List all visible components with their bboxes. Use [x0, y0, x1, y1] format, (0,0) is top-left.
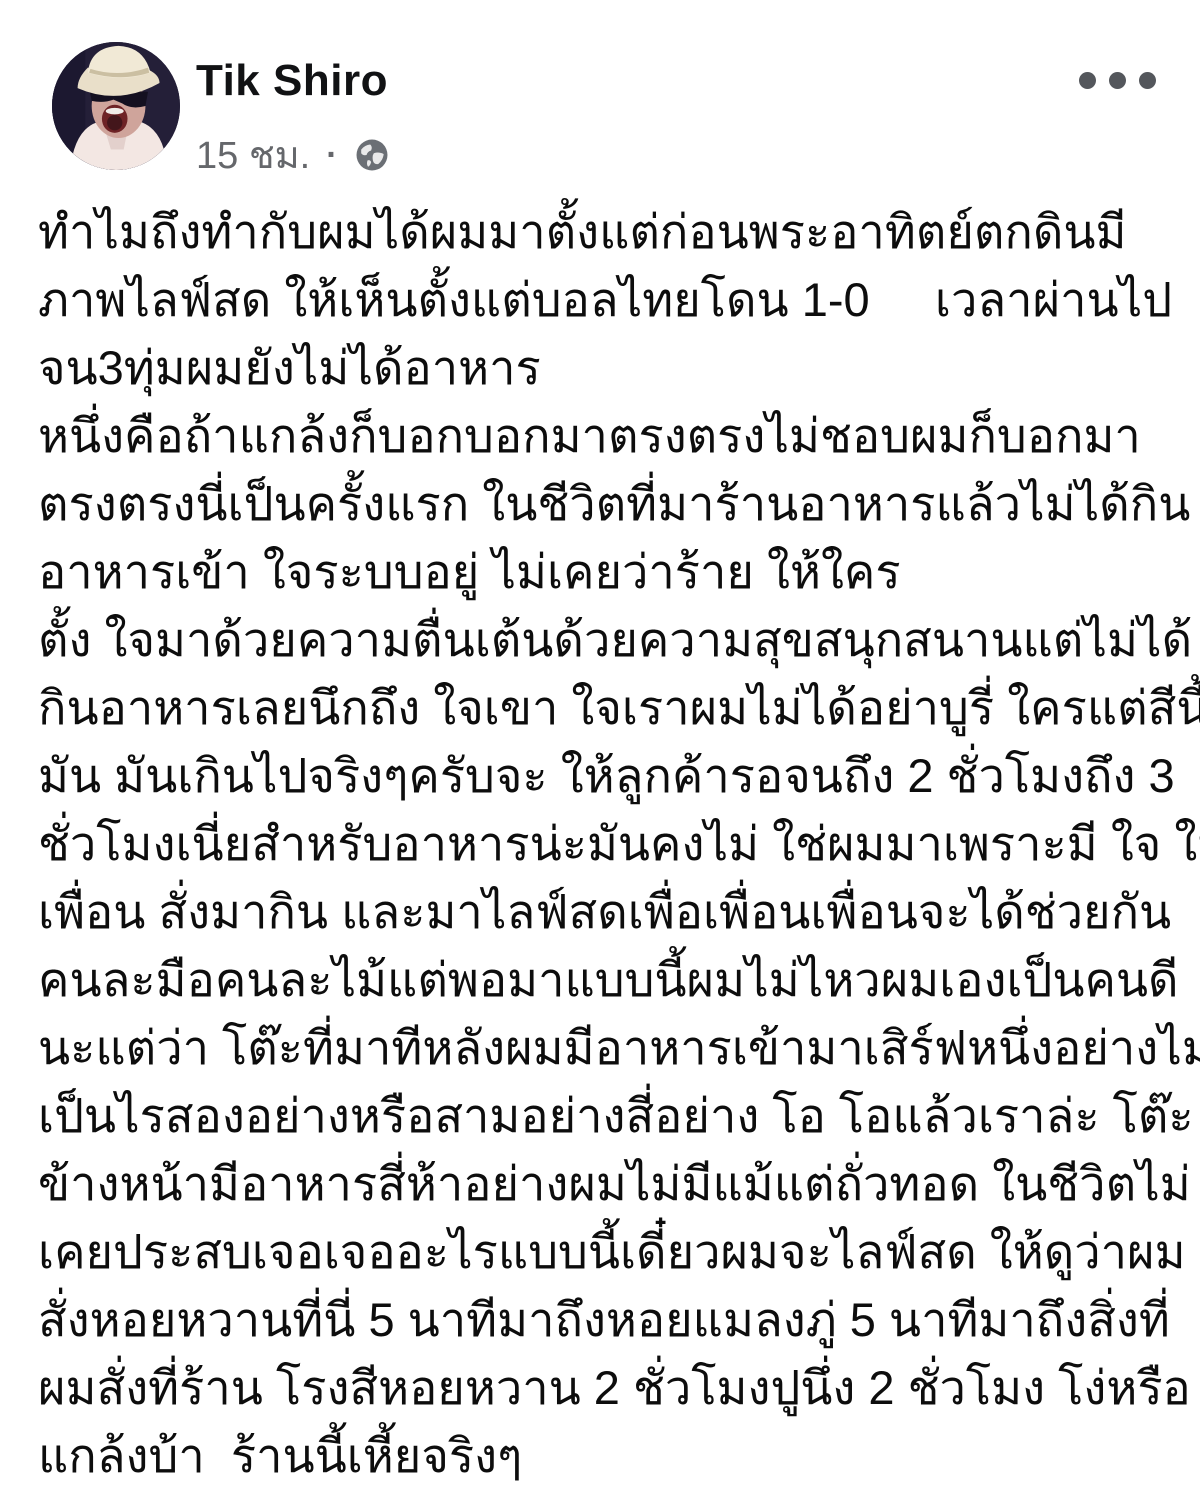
- timestamp[interactable]: 15 ชม.: [196, 124, 310, 185]
- avatar[interactable]: [52, 42, 180, 170]
- post-line: เป็นไรสองอย่างหรือสามอย่างสี่อย่าง โอ โอ…: [38, 1082, 1190, 1150]
- post-line: นะแต่ว่า โต๊ะที่มาทีหลังผมมีอาหารเข้ามาเ…: [38, 1014, 1190, 1082]
- post-line: ภาพไลฟ์สด ให้เห็นตั้งแต่บอลไทยโดน 1-0 เว…: [38, 266, 1190, 334]
- avatar-photo-illustration: [52, 42, 180, 170]
- ellipsis-icon: [1139, 72, 1156, 89]
- post-line: สั่งหอยหวานที่นี่ 5 นาทีมาถึงหอยแมลงภู่ …: [38, 1286, 1190, 1354]
- ellipsis-icon: [1079, 72, 1096, 89]
- ellipsis-icon: [1109, 72, 1126, 89]
- post-line: ตรงตรงนี่เป็นครั้งแรก ในชีวิตที่มาร้านอา…: [38, 470, 1190, 538]
- post-line: คนละมือคนละไม้แต่พอมาแบบนี้ผมไม่ไหวผมเอง…: [38, 946, 1190, 1014]
- post-line: เคยประสบเจอเจออะไรแบบนี้เดี๋ยวผมจะไลฟ์สด…: [38, 1218, 1190, 1286]
- post-line: ผมสั่งที่ร้าน โรงสีหอยหวาน 2 ชั่วโมงปูนึ…: [38, 1354, 1190, 1422]
- author-name[interactable]: Tik Shiro: [196, 56, 388, 106]
- post-line: หนึ่งคือถ้าแกล้งก็บอกบอกมาตรงตรงไม่ชอบผม…: [38, 402, 1190, 470]
- post-line: ตั้ง ใจมาด้วยความตื่นเต้นด้วยความสุขสนุก…: [38, 606, 1190, 674]
- post-line: กินอาหารเลยนึกถึง ใจเขา ใจเราผมไม่ได้อย่…: [38, 674, 1190, 742]
- more-options-button[interactable]: [1073, 66, 1162, 95]
- post-header: Tik Shiro 15 ชม. ·: [0, 0, 1200, 196]
- meta-separator: ·: [326, 138, 337, 172]
- post-text: ทำไมถึงทำกับผมได้ผมมาตั้งแต่ก่อนพระอาทิต…: [38, 198, 1190, 1490]
- post-line: ข้างหน้ามีอาหารสี่ห้าอย่างผมไม่มีแม้แต่ถ…: [38, 1150, 1190, 1218]
- post-line: อาหารเข้า ใจระบบอยู่ ไม่เคยว่าร้าย ให้ใค…: [38, 538, 1190, 606]
- post-line: ชั่วโมงเนี่ยสำหรับอาหารน่ะมันคงไม่ ใช่ผม…: [38, 810, 1190, 878]
- post-line: ทำไมถึงทำกับผมได้ผมมาตั้งแต่ก่อนพระอาทิต…: [38, 198, 1190, 266]
- post-meta: 15 ชม. ·: [196, 124, 390, 185]
- post-line: จน3ทุ่มผมยังไม่ได้อาหาร: [38, 334, 1190, 402]
- post-line: เพื่อน สั่งมากิน และมาไลฟ์สดเพื่อเพื่อนเ…: [38, 878, 1190, 946]
- globe-icon: [354, 137, 390, 173]
- post-line: มัน มันเกินไปจริงๆครับจะ ให้ลูกค้ารอจนถึ…: [38, 742, 1190, 810]
- post-line: แกล้งบ้า ร้านนี้เหี้ยจริงๆ: [38, 1422, 1190, 1490]
